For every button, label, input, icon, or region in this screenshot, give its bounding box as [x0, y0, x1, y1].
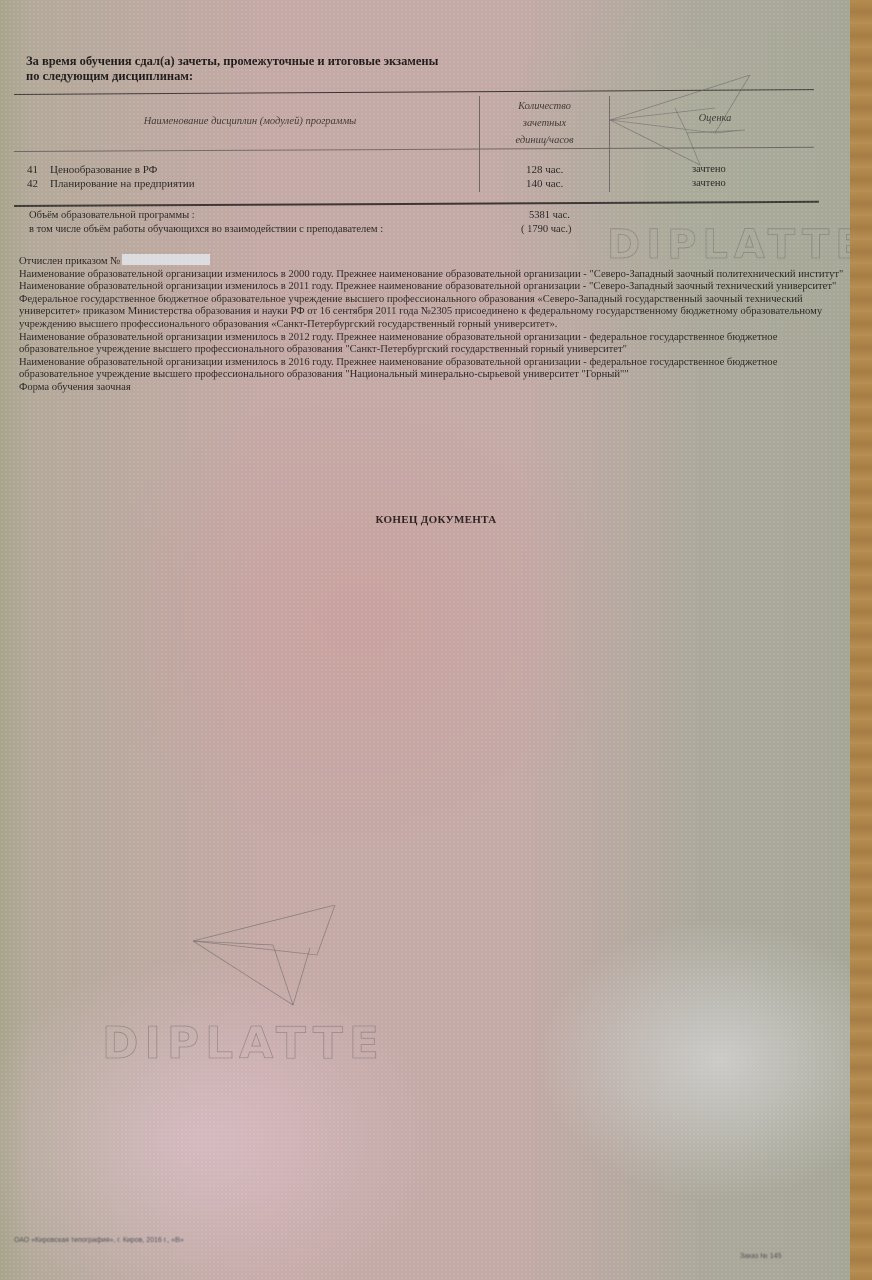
heading-line-1: За время обучения сдал(а) зачеты, промеж… [26, 54, 546, 69]
note-2000: Наименование образовательной организации… [19, 269, 849, 282]
document-page: За время обучения сдал(а) зачеты, промеж… [0, 0, 850, 1280]
contact-volume-value: ( 1790 час.) [521, 224, 571, 235]
row-number: 41 [27, 164, 38, 176]
printer-imprint: ОАО «Кировская типография», г. Киров, 20… [14, 1237, 184, 1244]
redacted-order-number [122, 254, 210, 265]
total-volume-value: 5381 час. [529, 210, 570, 221]
header-grade: Оценка [640, 113, 790, 124]
header-credits-line-2: зачетных [482, 115, 607, 132]
row-hours: 140 час. [526, 178, 563, 190]
paper-plane-watermark-icon [185, 905, 345, 1015]
header-credits: Количество зачетных единиц/часов [482, 98, 607, 149]
notes-block: Отчислен приказом № Наименование образов… [19, 254, 849, 395]
note-2012: Наименование образовательной организации… [19, 332, 849, 357]
table-row: 41 Ценообразование в РФ 128 час. зачтено [0, 164, 850, 178]
table-col-divider-4 [609, 152, 610, 192]
expelled-order-label: Отчислен приказом № [19, 256, 120, 267]
header-discipline: Наименование дисциплин (модулей) програм… [40, 116, 460, 127]
row-grade: зачтено [692, 178, 726, 189]
row-discipline: Планирование на предприятии [50, 178, 195, 190]
end-of-document: КОНЕЦ ДОКУМЕНТА [0, 514, 872, 526]
expelled-order: Отчислен приказом № [19, 254, 849, 269]
note-2011: Наименование образовательной организации… [19, 281, 849, 294]
row-hours: 128 час. [526, 164, 563, 176]
header-credits-line-1: Количество [482, 98, 607, 115]
cover-binding-edge [850, 0, 872, 1280]
table-bottom-rule [14, 201, 819, 207]
row-grade: зачтено [692, 164, 726, 175]
total-volume-label: Объём образовательной программы : [29, 210, 195, 221]
table-col-divider-1 [479, 96, 480, 152]
section-heading: За время обучения сдал(а) зачеты, промеж… [26, 54, 546, 84]
contact-volume-label: в том числе объём работы обучающихся во … [29, 224, 383, 235]
row-number: 42 [27, 178, 38, 190]
order-number: Заказ № 145 [740, 1253, 781, 1260]
table-col-divider-3 [479, 152, 480, 192]
table-col-divider-2 [609, 96, 610, 152]
table-row: 42 Планирование на предприятии 140 час. … [0, 178, 850, 192]
table-header-rule [14, 147, 814, 152]
watermark-text-bottom: DIPLATTE [102, 1018, 385, 1069]
watermark-text-top: DIPLATTE [607, 222, 869, 268]
header-credits-line-3: единиц/часов [482, 132, 607, 149]
note-2016: Наименование образовательной организации… [19, 357, 849, 382]
paper-plane-watermark-icon [595, 75, 765, 215]
note-merger: Федеральное государственное бюджетное об… [19, 294, 849, 332]
row-discipline: Ценообразование в РФ [50, 164, 157, 176]
table-top-rule [14, 89, 814, 95]
study-form: Форма обучения заочная [19, 382, 849, 395]
heading-line-2: по следующим дисциплинам: [26, 69, 546, 84]
